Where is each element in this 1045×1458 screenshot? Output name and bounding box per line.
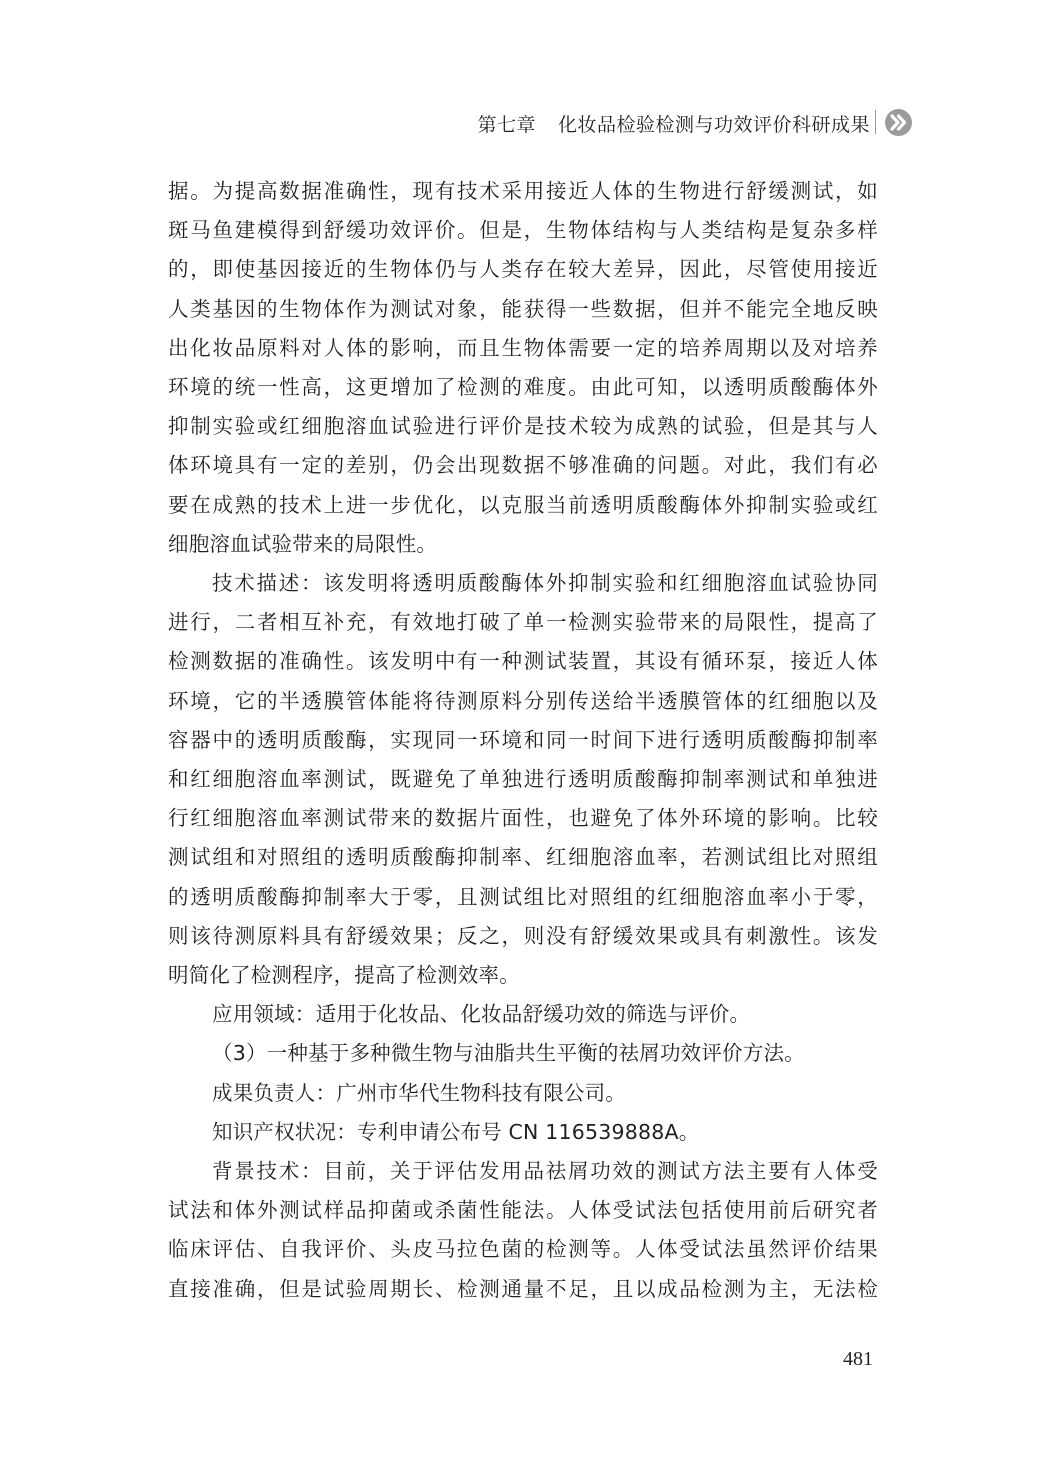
paragraph-continued: 据。为提高数据准确性，现有技术采用接近人体的生物进行舒缓测试，如 斑马鱼建模得到… — [168, 172, 878, 564]
paragraph-ip-status: 知识产权状况：专利申请公布号 CN 116539888A。 — [168, 1113, 878, 1152]
text-line: 进行，二者相互补充，有效地打破了单一检测实验带来的局限性，提高了 — [168, 603, 878, 642]
text-line: 则该待测原料具有舒缓效果；反之，则没有舒缓效果或具有刺激性。该发 — [168, 917, 878, 956]
double-chevron-right-icon — [885, 109, 912, 136]
paragraph-responsible-party: 成果负责人：广州市华代生物科技有限公司。 — [168, 1074, 878, 1113]
text-line: 成果负责人：广州市华代生物科技有限公司。 — [168, 1074, 878, 1113]
text-line: 要在成熟的技术上进一步优化，以克服当前透明质酸酶体外抑制实验或红 — [168, 486, 878, 525]
page-number: 481 — [843, 1348, 873, 1371]
chapter-label: 第七章 — [477, 114, 536, 136]
paragraph-item-heading: （3）一种基于多种微生物与油脂共生平衡的祛屑功效评价方法。 — [168, 1034, 878, 1073]
text-line: 环境，它的半透膜管体能将待测原料分别传送给半透膜管体的红细胞以及 — [168, 682, 878, 721]
header-divider — [875, 110, 876, 134]
text-line: 的透明质酸酶抑制率大于零，且测试组比对照组的红细胞溶血率小于零， — [168, 878, 878, 917]
text-line: 环境的统一性高，这更增加了检测的难度。由此可知，以透明质酸酶体外 — [168, 368, 878, 407]
text-line: 试法和体外测试样品抑菌或杀菌性能法。人体受试法包括使用前后研究者 — [168, 1191, 878, 1230]
running-header: 第七章化妆品检验检测与功效评价科研成果 — [0, 106, 1045, 138]
paragraph-background: 背景技术：目前，关于评估发用品祛屑功效的测试方法主要有人体受 试法和体外测试样品… — [168, 1152, 878, 1309]
text-line: 应用领域：适用于化妆品、化妆品舒缓功效的筛选与评价。 — [168, 995, 878, 1034]
paragraph-application-field: 应用领域：适用于化妆品、化妆品舒缓功效的筛选与评价。 — [168, 995, 878, 1034]
text-line: 和红细胞溶血率测试，既避免了单独进行透明质酸酶抑制率测试和单独进 — [168, 760, 878, 799]
text-line: 容器中的透明质酸酶，实现同一环境和同一时间下进行透明质酸酶抑制率 — [168, 721, 878, 760]
text-line: 知识产权状况：专利申请公布号 CN 116539888A。 — [168, 1113, 878, 1152]
text-line: （3）一种基于多种微生物与油脂共生平衡的祛屑功效评价方法。 — [168, 1034, 878, 1073]
header-title: 第七章化妆品检验检测与功效评价科研成果 — [477, 110, 870, 137]
text-line: 背景技术：目前，关于评估发用品祛屑功效的测试方法主要有人体受 — [168, 1152, 878, 1191]
text-line: 斑马鱼建模得到舒缓功效评价。但是，生物体结构与人类结构是复杂多样 — [168, 211, 878, 250]
text-line: 明简化了检测程序，提高了检测效率。 — [168, 956, 878, 995]
text-line: 临床评估、自我评价、头皮马拉色菌的检测等。人体受试法虽然评价结果 — [168, 1230, 878, 1269]
text-line: 体环境具有一定的差别，仍会出现数据不够准确的问题。对此，我们有必 — [168, 446, 878, 485]
body-text: 据。为提高数据准确性，现有技术采用接近人体的生物进行舒缓测试，如 斑马鱼建模得到… — [168, 172, 878, 1309]
text-line: 检测数据的准确性。该发明中有一种测试装置，其设有循环泵，接近人体 — [168, 642, 878, 681]
text-line: 的，即使基因接近的生物体仍与人类存在较大差异，因此，尽管使用接近 — [168, 250, 878, 289]
text-line: 人类基因的生物体作为测试对象，能获得一些数据，但并不能完全地反映 — [168, 290, 878, 329]
text-line: 出化妆品原料对人体的影响，而且生物体需要一定的培养周期以及对培养 — [168, 329, 878, 368]
text-line: 细胞溶血试验带来的局限性。 — [168, 525, 878, 564]
paragraph-technical-description: 技术描述：该发明将透明质酸酶体外抑制实验和红细胞溶血试验协同 进行，二者相互补充… — [168, 564, 878, 995]
text-line: 技术描述：该发明将透明质酸酶体外抑制实验和红细胞溶血试验协同 — [168, 564, 878, 603]
text-line: 直接准确，但是试验周期长、检测通量不足，且以成品检测为主，无法检 — [168, 1270, 878, 1309]
text-line: 抑制实验或红细胞溶血试验进行评价是技术较为成熟的试验，但是其与人 — [168, 407, 878, 446]
text-line: 据。为提高数据准确性，现有技术采用接近人体的生物进行舒缓测试，如 — [168, 172, 878, 211]
text-line: 行红细胞溶血率测试带来的数据片面性，也避免了体外环境的影响。比较 — [168, 799, 878, 838]
text-line: 测试组和对照组的透明质酸酶抑制率、红细胞溶血率，若测试组比对照组 — [168, 838, 878, 877]
chapter-title: 化妆品检验检测与功效评价科研成果 — [558, 114, 870, 136]
